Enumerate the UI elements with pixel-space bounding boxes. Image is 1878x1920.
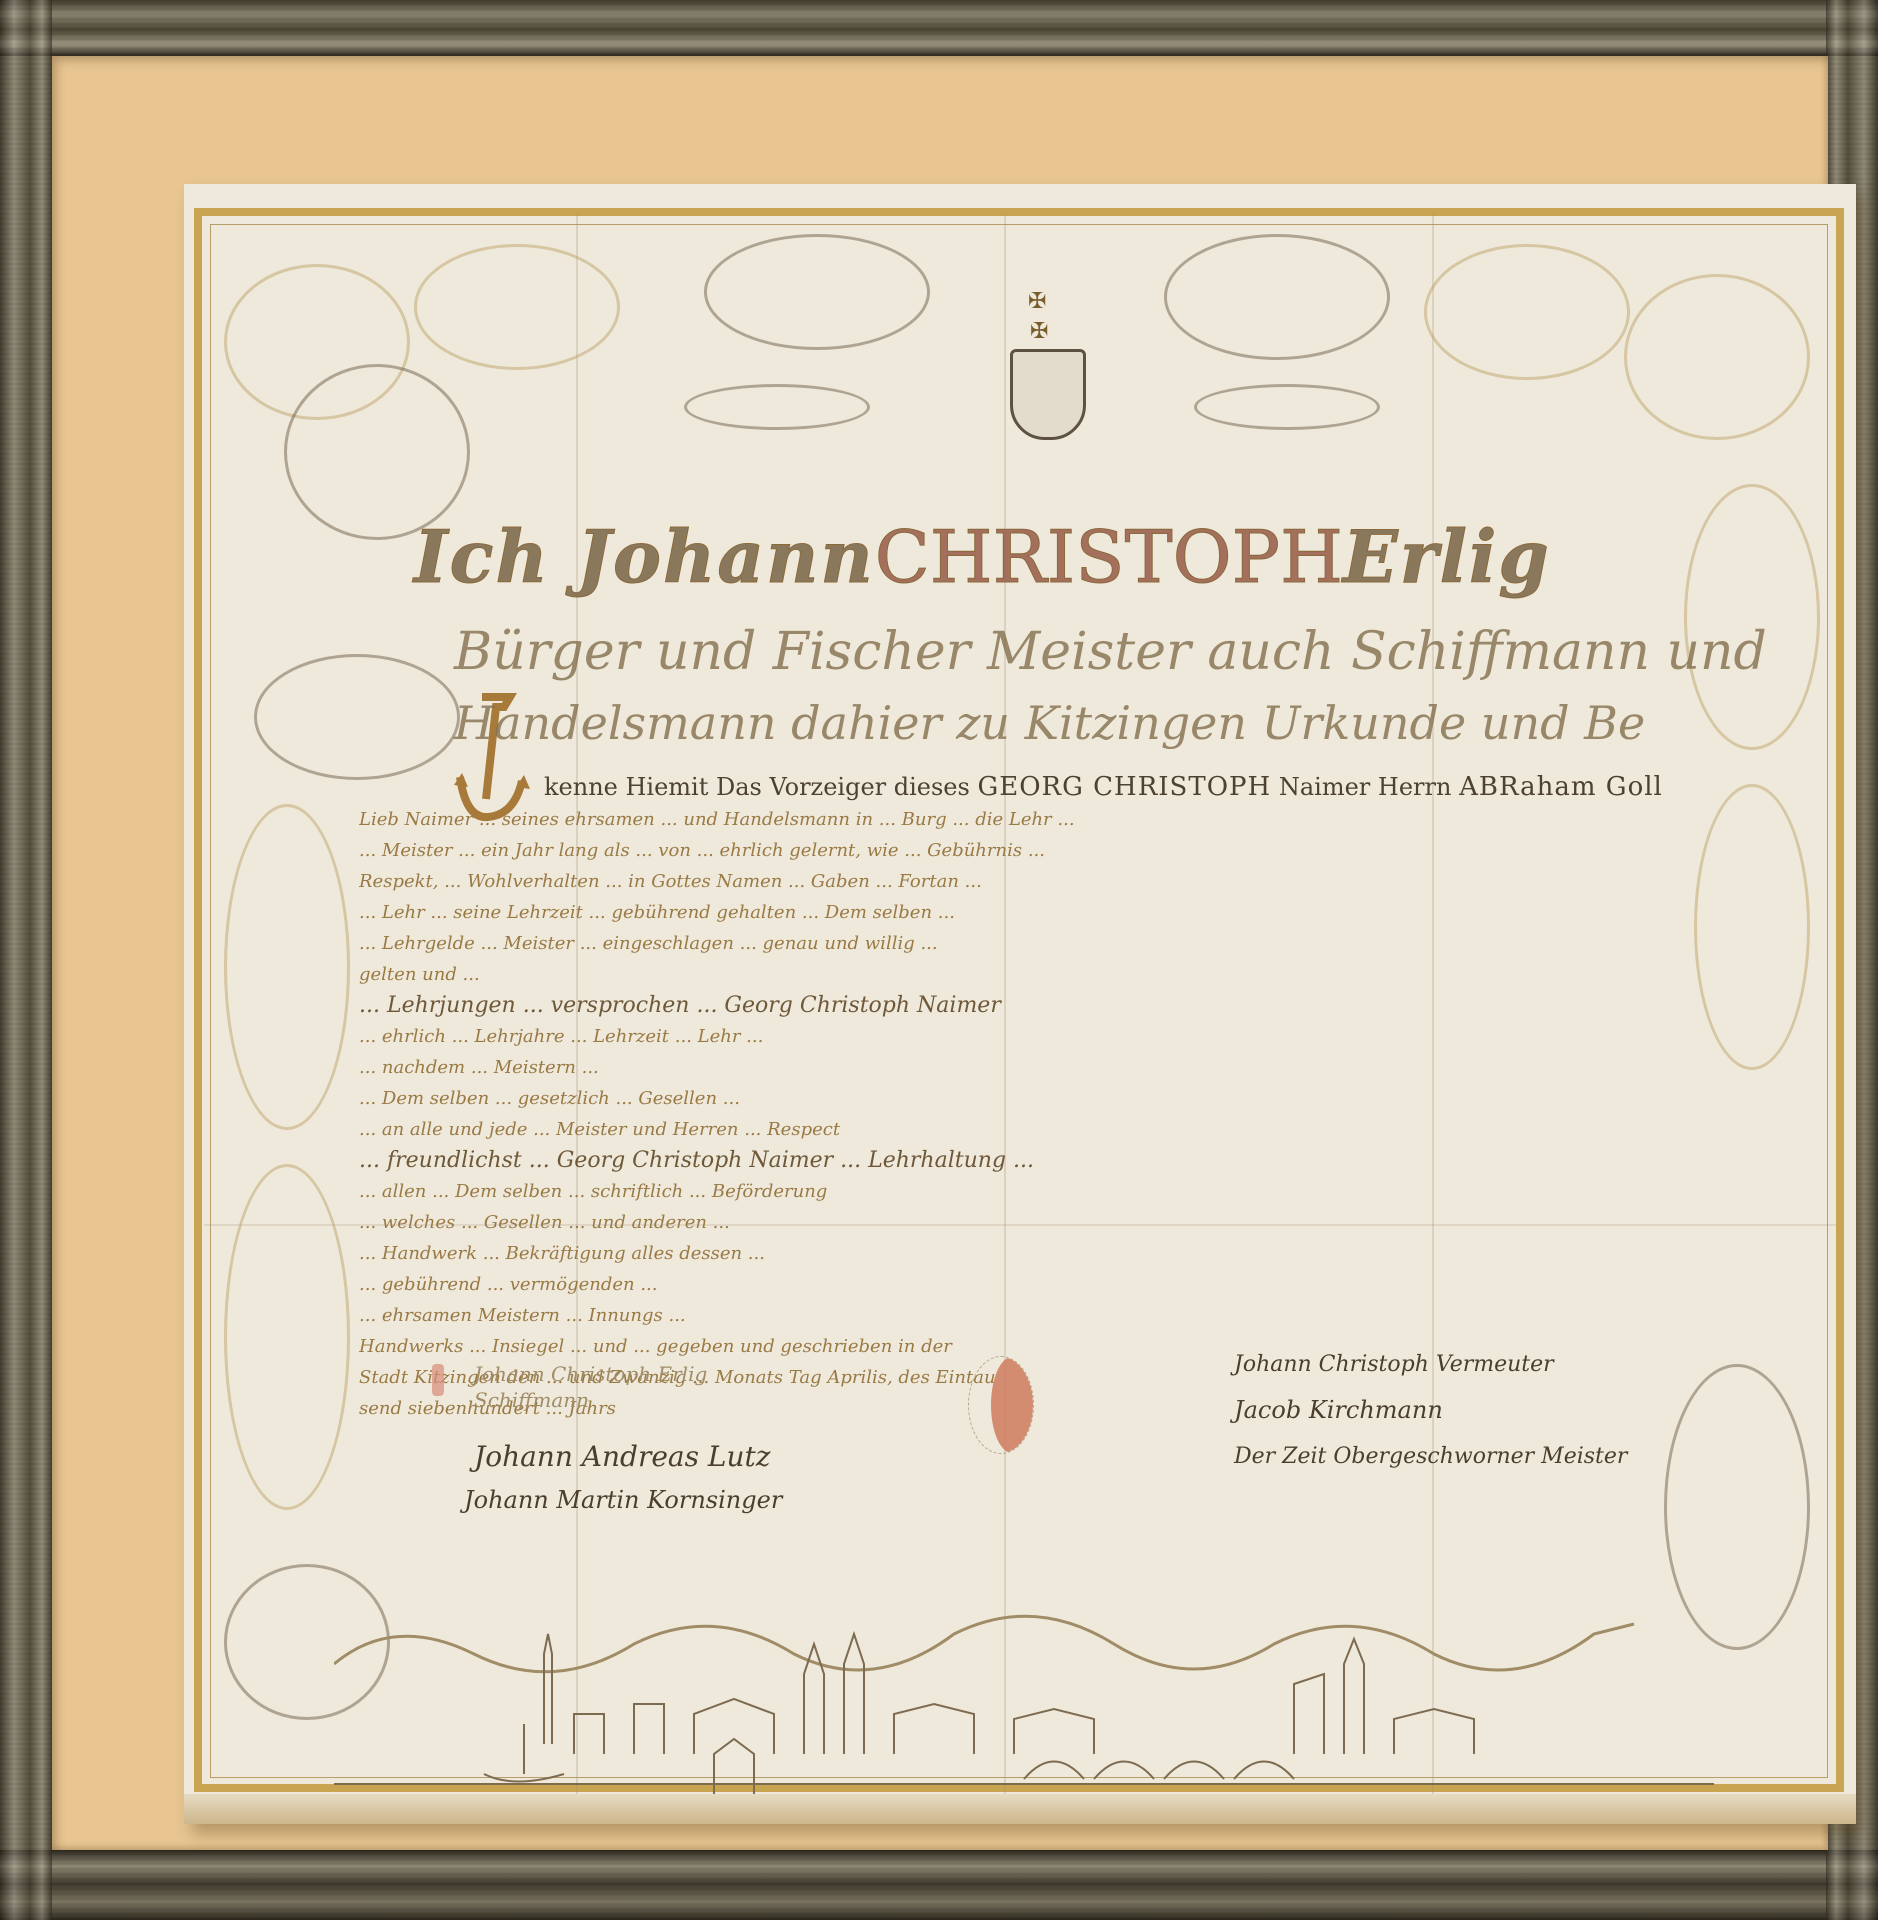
scroll-ornament: [704, 234, 930, 350]
scroll-ornament: [1684, 484, 1820, 750]
signature: Der Zeit Obergeschworner Meister: [1234, 1444, 1627, 1469]
scroll-ornament: [224, 1164, 350, 1510]
signature: Johann Andreas Lutz: [474, 1440, 771, 1473]
title-line-2: Bürger und Fischer Meister auch Schiffma…: [454, 622, 1767, 682]
calligraphic-flourish: [684, 384, 870, 430]
body-line: ... welches ... Gesellen ... und anderen…: [359, 1207, 1739, 1238]
wax-seal-red: [991, 1357, 1033, 1453]
body-line: ... nachdem ... Meistern ...: [359, 1052, 1739, 1083]
signature: Johann Christoph Vermeuter: [1234, 1352, 1554, 1377]
body-line: ... Dem selben ... gesetzlich ... Gesell…: [359, 1083, 1739, 1114]
body-line: Respekt, ... Wohlverhalten ... in Gottes…: [359, 866, 1739, 897]
title-surname: Erlig: [1343, 514, 1551, 599]
seal-remnant: [432, 1364, 444, 1396]
townscape-illustration: [334, 1604, 1714, 1804]
cross-icon: ✠: [1030, 319, 1048, 344]
title-caps-name: CHRISTOPH: [875, 515, 1343, 599]
body-line: ... allen ... Dem selben ... schriftlich…: [359, 1176, 1739, 1207]
body-line: gelten und ...: [359, 959, 1739, 990]
body-line: ... Handwerk ... Bekräftigung alles dess…: [359, 1238, 1739, 1269]
body-line: ... Lehrjungen ... versprochen ... Georg…: [359, 990, 1739, 1021]
body-line: ... freundlichst ... Georg Christoph Nai…: [359, 1145, 1739, 1176]
apprentice-name: GEORG CHRISTOPH: [977, 772, 1271, 802]
body-line: ... Lehr ... seine Lehrzeit ... gebühren…: [359, 897, 1739, 928]
signature: Johann Martin Kornsinger: [464, 1486, 782, 1514]
cross-icon: ✠: [1028, 289, 1046, 314]
scroll-ornament: [1424, 244, 1630, 380]
signature: Jacob Kirchmann: [1234, 1396, 1443, 1424]
body-line: ... ehrsamen Meistern ... Innungs ...: [359, 1300, 1739, 1331]
scroll-ornament: [224, 804, 350, 1130]
signature: Johann Christoph Erlig: [474, 1362, 707, 1386]
scroll-ornament: [1624, 274, 1810, 440]
lead-prefix: kenne Hiemit Das Vorzeiger dieses: [544, 773, 970, 801]
body-line: ... an alle und jede ... Meister und Her…: [359, 1114, 1739, 1145]
body-line: ... gebührend ... vermögenden ...: [359, 1269, 1739, 1300]
wax-seal: [968, 1356, 1034, 1454]
parchment-document: ✠ ✠ Ich JohannCHRISTOPHErlig Bürger und …: [184, 184, 1856, 1824]
coat-of-arms-icon: ✠ ✠: [990, 289, 1100, 439]
body-line: Lieb Naimer ... seines ehrsamen ... und …: [359, 804, 1739, 835]
scroll-ornament: [1164, 234, 1390, 360]
scroll-ornament: [414, 244, 620, 370]
master-name: ABRaham Goll: [1459, 772, 1663, 802]
title-line-3: Handelsmann dahier zu Kitzingen Urkunde …: [454, 696, 1645, 750]
shield-icon: [1010, 349, 1086, 440]
body-line: ... ehrlich ... Lehrjahre ... Lehrzeit .…: [359, 1021, 1739, 1052]
body-line: ... Lehrgelde ... Meister ... eingeschla…: [359, 928, 1739, 959]
mat-board: ✠ ✠ Ich JohannCHRISTOPHErlig Bürger und …: [52, 56, 1828, 1850]
title-line-1: Ich JohannCHRISTOPHErlig: [414, 514, 1551, 599]
calligraphic-flourish: [254, 654, 460, 780]
handwritten-body: Lieb Naimer ... seines ehrsamen ... und …: [359, 804, 1739, 1424]
apprentice-surname: Naimer Herrn: [1279, 773, 1452, 801]
calligraphic-flourish: [1194, 384, 1380, 430]
lead-line: kenne Hiemit Das Vorzeiger dieses GEORG …: [544, 772, 1663, 802]
body-line: ... Meister ... ein Jahr lang als ... vo…: [359, 835, 1739, 866]
title-script: Ich Johann: [414, 514, 875, 599]
signature: Schiffmann: [474, 1388, 589, 1412]
